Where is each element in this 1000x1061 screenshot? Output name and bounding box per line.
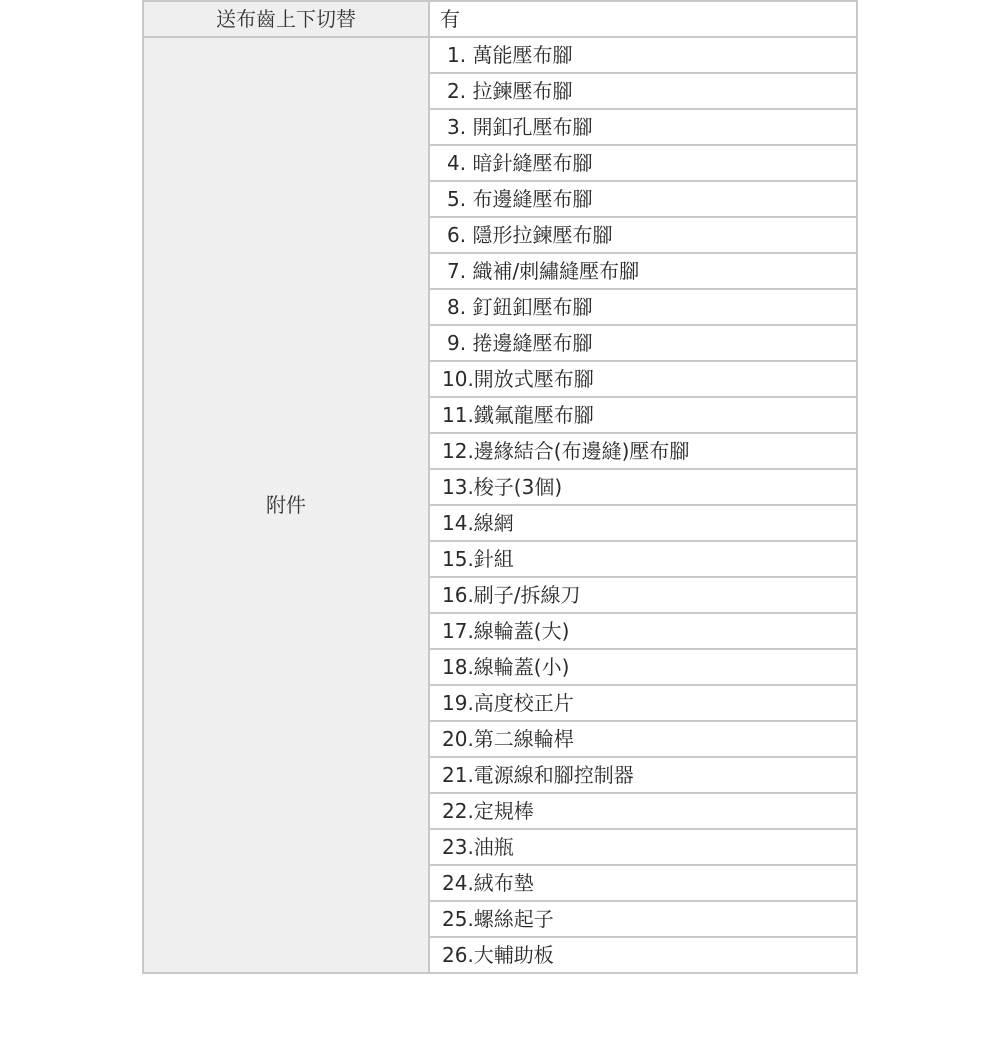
accessory-item: 11.鐵氟龍壓布腳 <box>429 397 857 433</box>
table-row-accessory: 附件 1. 萬能壓布腳 <box>143 37 857 73</box>
feed-dog-value: 有 <box>429 1 857 37</box>
accessory-item: 18.線輪蓋(小) <box>429 649 857 685</box>
accessory-item: 15.針組 <box>429 541 857 577</box>
accessory-item: 8. 釘鈕釦壓布腳 <box>429 289 857 325</box>
accessory-item: 13.梭子(3個) <box>429 469 857 505</box>
accessory-item: 21.電源線和腳控制器 <box>429 757 857 793</box>
accessory-item: 12.邊緣結合(布邊縫)壓布腳 <box>429 433 857 469</box>
table-row-feed-dog: 送布齒上下切替 有 <box>143 1 857 37</box>
accessories-label: 附件 <box>143 37 429 973</box>
accessory-item: 4. 暗針縫壓布腳 <box>429 145 857 181</box>
accessory-item: 16.刷子/拆線刀 <box>429 577 857 613</box>
accessory-item: 17.線輪蓋(大) <box>429 613 857 649</box>
accessory-item: 5. 布邊縫壓布腳 <box>429 181 857 217</box>
accessory-item: 19.高度校正片 <box>429 685 857 721</box>
accessory-item: 6. 隱形拉鍊壓布腳 <box>429 217 857 253</box>
accessory-item: 1. 萬能壓布腳 <box>429 37 857 73</box>
spec-table: 送布齒上下切替 有 附件 1. 萬能壓布腳 2. 拉鍊壓布腳 3. 開釦孔壓布腳… <box>142 0 858 974</box>
accessory-item: 3. 開釦孔壓布腳 <box>429 109 857 145</box>
accessory-item: 23.油瓶 <box>429 829 857 865</box>
accessory-item: 24.絨布墊 <box>429 865 857 901</box>
accessory-item: 7. 織補/刺繡縫壓布腳 <box>429 253 857 289</box>
accessory-item: 20.第二線輪桿 <box>429 721 857 757</box>
accessory-item: 26.大輔助板 <box>429 937 857 973</box>
accessory-item: 9. 捲邊縫壓布腳 <box>429 325 857 361</box>
accessory-item: 14.線網 <box>429 505 857 541</box>
accessory-item: 2. 拉鍊壓布腳 <box>429 73 857 109</box>
accessory-item: 25.螺絲起子 <box>429 901 857 937</box>
feed-dog-label: 送布齒上下切替 <box>143 1 429 37</box>
accessory-item: 22.定規棒 <box>429 793 857 829</box>
accessory-item: 10.開放式壓布腳 <box>429 361 857 397</box>
